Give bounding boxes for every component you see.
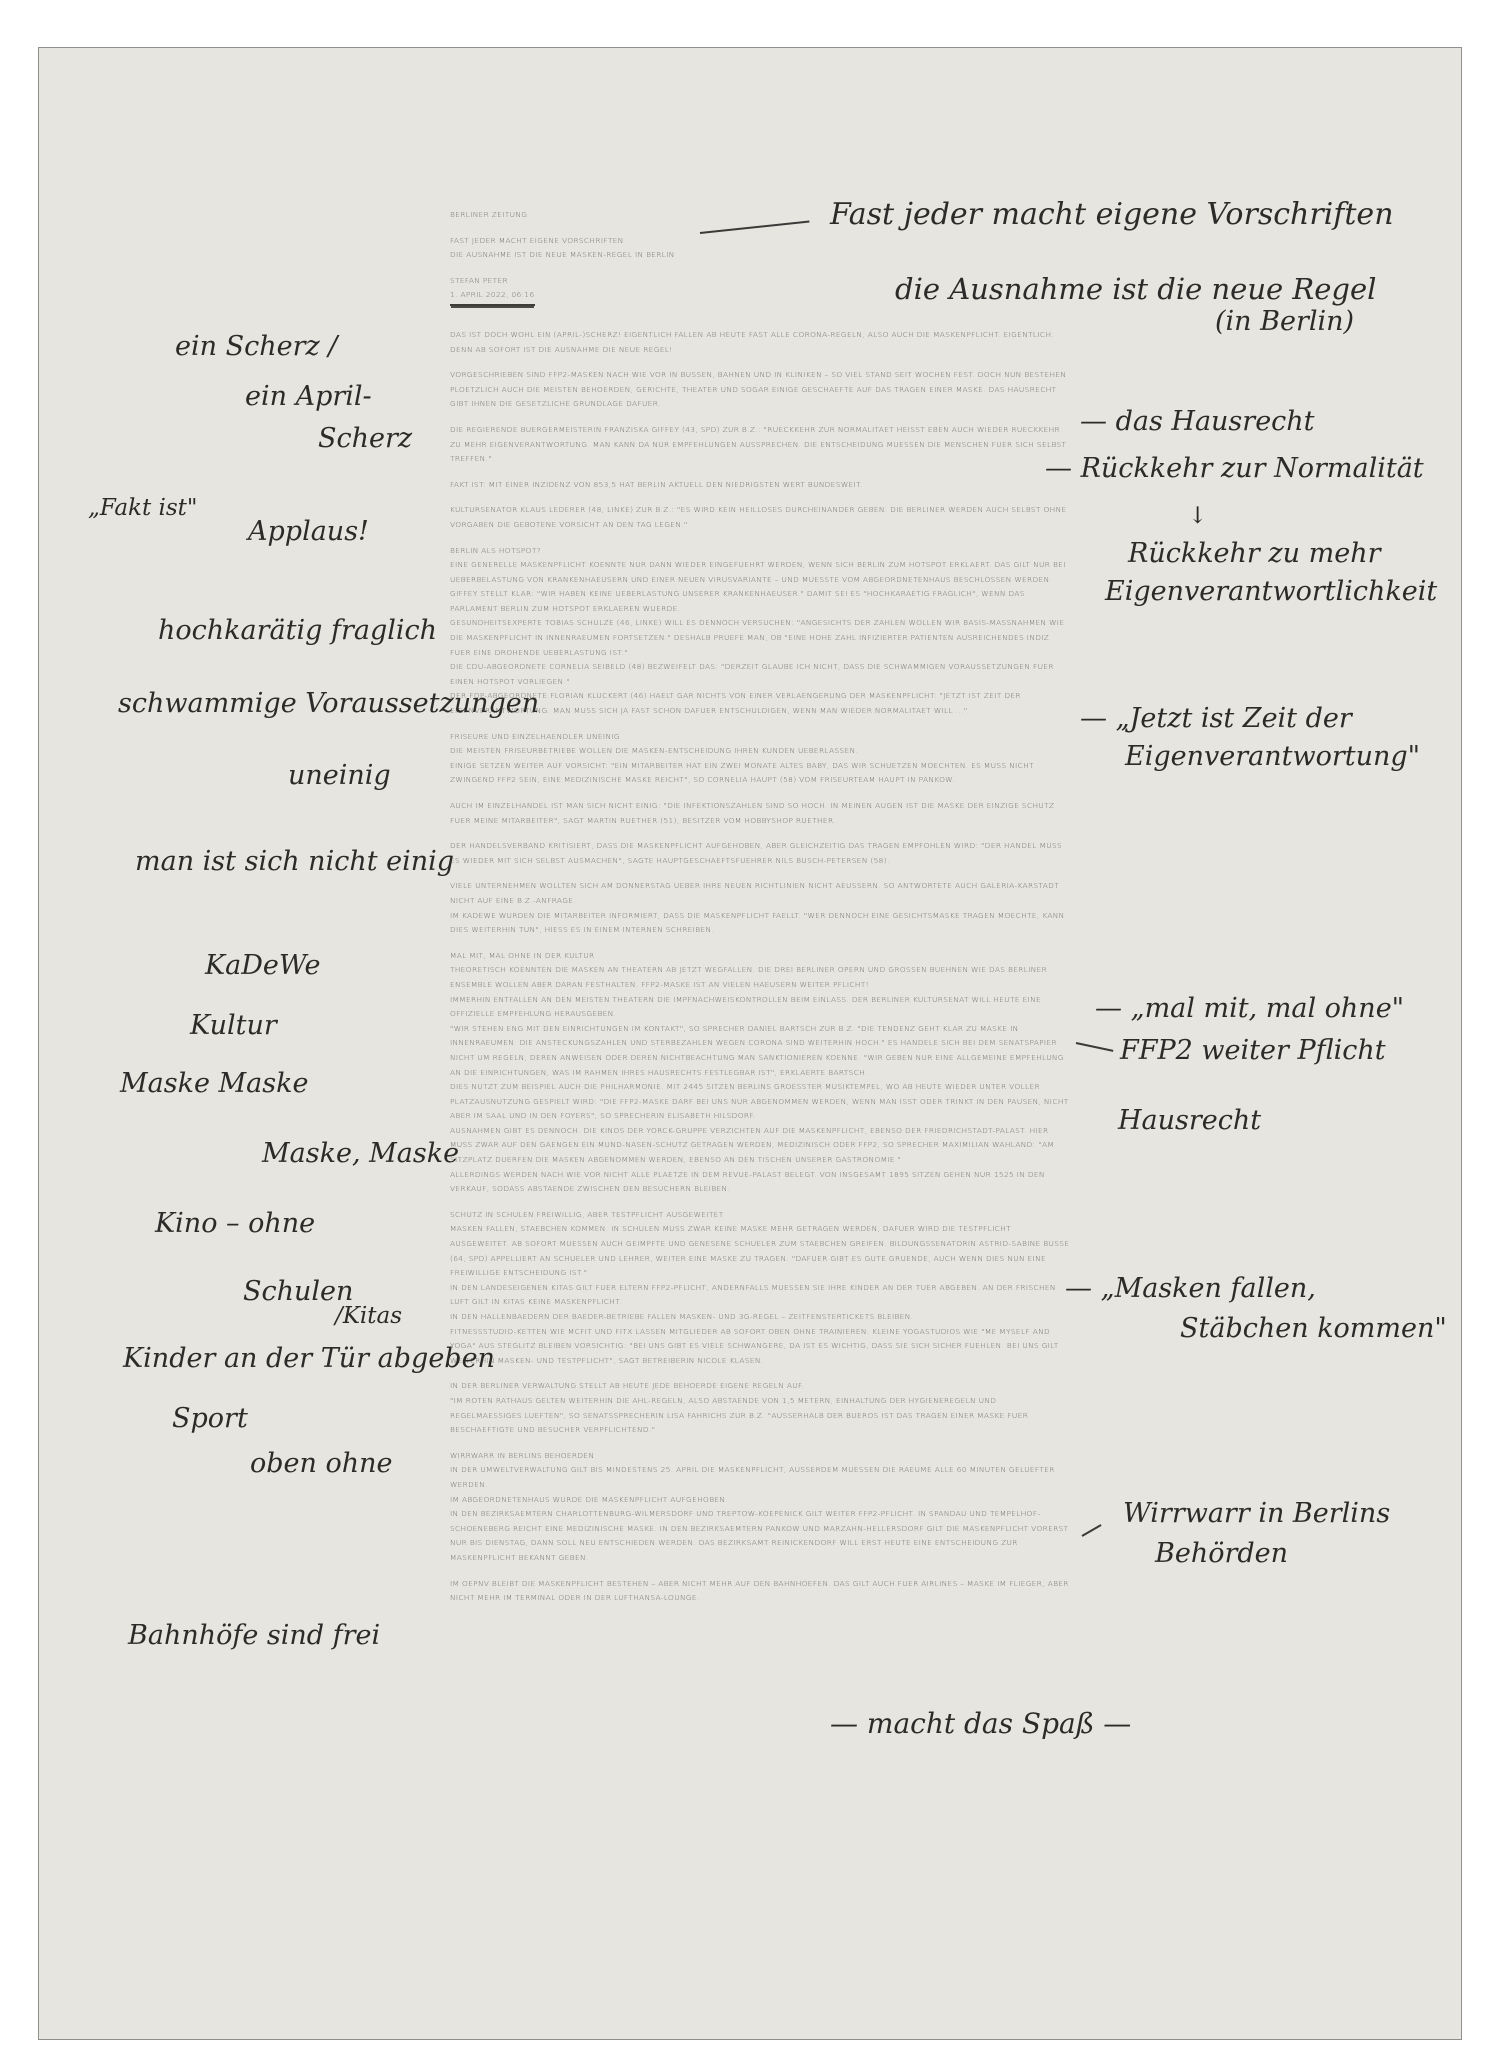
article-paragraph: Masken fallen, Staebchen kommen. In Schu…	[450, 1222, 1070, 1280]
article-paragraph: Im KaDeWe wurden die Mitarbeiter informi…	[450, 909, 1070, 938]
article-paragraph: Schutz in Schulen freiwillig, aber Testp…	[450, 1208, 1070, 1223]
article-paragraph: Die CDU-Abgeordnete Cornelia Seibeld (48…	[450, 660, 1070, 689]
article-paragraph: Giffey stellt klar: "Wir haben keine Ueb…	[450, 587, 1070, 616]
note-right-ffp2: FFP2 weiter Pflicht	[1120, 1037, 1386, 1064]
note-left-kultur: Kultur	[190, 1012, 277, 1039]
note-right-rueckkehr: Rückkehr zu mehr	[1128, 540, 1381, 567]
article-paragraph: Vorgeschrieben sind FFP2-Masken nach wie…	[450, 368, 1070, 412]
note-left-maske2: Maske, Maske	[262, 1140, 459, 1167]
note-right-mal-mit: — „mal mit, mal ohne"	[1095, 995, 1404, 1022]
article-paragraph: Theoretisch koennten die Masken an Theat…	[450, 963, 1070, 992]
note-right-headline: Fast jeder macht eigene Vorschriften	[830, 200, 1394, 230]
article-paragraph: Fitnessstudio-Ketten wie McFit und Fitx …	[450, 1325, 1070, 1369]
note-right-hausrecht: — das Hausrecht	[1080, 408, 1315, 435]
note-left-april: ein April-	[245, 383, 372, 410]
note-right-eigenverantwortung: Eigenverantwortung"	[1125, 743, 1420, 770]
article-paragraph: In der Umweltverwaltung gilt bis mindest…	[450, 1463, 1070, 1492]
article-paragraph: Auch im Einzelhandel ist man sich nicht …	[450, 799, 1070, 828]
note-left-kino: Kino – ohne	[155, 1210, 315, 1237]
article-paragraph: Der FDP-Abgeordnete Florian Kluckert (46…	[450, 689, 1070, 718]
note-left-bahnhoefe: Bahnhöfe sind frei	[128, 1622, 380, 1649]
article-column: Berliner Zeitung Fast jeder macht eigene…	[450, 208, 1070, 1617]
article-paragraph: Einige setzen weiter auf Vorsicht: "Ein …	[450, 759, 1070, 788]
article-paragraph: Wirrwarr in Berlins Behoerden	[450, 1449, 1070, 1464]
headline: Fast jeder macht eigene Vorschriften	[450, 234, 1070, 249]
article-paragraph: "Im Roten Rathaus gelten weiterhin die A…	[450, 1394, 1070, 1438]
note-left-schulen: Schulen	[243, 1278, 353, 1305]
note-right-staebchen: Stäbchen kommen"	[1180, 1315, 1447, 1342]
article-paragraph: Im OePNV bleibt die Maskenpflicht besteh…	[450, 1577, 1070, 1606]
article-paragraph: Der Handelsverband kritisiert, dass die …	[450, 839, 1070, 868]
article-paragraph: Dies nutzt zum Beispiel auch die Philhar…	[450, 1080, 1070, 1124]
note-left-kadewe: KaDeWe	[205, 952, 320, 979]
note-right-normalitaet: — Rückkehr zur Normalität	[1045, 455, 1424, 482]
article-paragraph: Friseure und Einzelhaendler uneinig	[450, 730, 1070, 745]
article-paragraph: Die meisten Friseurbetriebe wollen die M…	[450, 744, 1070, 759]
note-right-hausrecht2: Hausrecht	[1118, 1107, 1261, 1134]
article-paragraph: Im Abgeordnetenhaus wurde die Maskenpfli…	[450, 1493, 1070, 1508]
article-paragraph: Immerhin entfallen an den meisten Theate…	[450, 993, 1070, 1022]
note-left-oben-ohne: oben ohne	[250, 1450, 393, 1477]
article-paragraph: In den landeseigenen Kitas gilt fuer Elt…	[450, 1281, 1070, 1310]
date: 1. April 2022, 06:16	[450, 288, 535, 306]
article-paragraph: Das ist doch wohl ein (April-)Scherz! Ei…	[450, 328, 1070, 357]
article-paragraph: Viele Unternehmen wollten sich am Donner…	[450, 879, 1070, 908]
down-arrow-icon: ↓	[1188, 505, 1207, 528]
note-left-uneinig: uneinig	[288, 762, 391, 789]
article-paragraph: Allerdings werden nach wie vor nicht all…	[450, 1168, 1070, 1197]
article-paragraph: In der Berliner Verwaltung stellt ab heu…	[450, 1379, 1070, 1394]
article-paragraph: In den Hallenbaedern der Baeder-Betriebe…	[450, 1310, 1070, 1325]
note-spass: — macht das Spaß —	[830, 1710, 1131, 1738]
article-paragraph: Fakt ist: Mit einer Inzidenz von 853,5 h…	[450, 478, 1070, 493]
article-paragraph: Eine generelle Maskenpflicht koennte nur…	[450, 558, 1070, 587]
note-left-applaus: Applaus!	[248, 518, 369, 545]
note-left-scherz: ein Scherz /	[175, 333, 337, 360]
article-paragraph: Gesundheitsexperte Tobias Schulze (46, L…	[450, 616, 1070, 660]
article-paragraph: In den Bezirksaemtern Charlottenburg-Wil…	[450, 1507, 1070, 1565]
note-left-hochkaraetig: hochkarätig fraglich	[158, 617, 437, 644]
article-paragraph: "Wir stehen eng mit den Einrichtungen im…	[450, 1022, 1070, 1080]
note-left-sport: Sport	[172, 1405, 248, 1432]
article-body: Das ist doch wohl ein (April-)Scherz! Ei…	[450, 328, 1070, 1617]
note-left-kinder: Kinder an der Tür abgeben	[123, 1345, 495, 1372]
note-right-jetzt: — „Jetzt ist Zeit der	[1080, 705, 1352, 732]
article-paragraph: Die regierende Buergermeisterin Franzisk…	[450, 423, 1070, 467]
note-left-fakt: „Fakt ist"	[88, 497, 198, 520]
note-right-masken-fallen: — „Masken fallen,	[1065, 1275, 1316, 1302]
article-paragraph: Berlin als Hotspot?	[450, 544, 1070, 559]
article-paragraph: Kultursenator Klaus Lederer (48, Linke) …	[450, 503, 1070, 532]
note-right-wirrwarr: Wirrwarr in Berlins	[1123, 1500, 1390, 1527]
note-right-ausnahme: die Ausnahme ist die neue Regel	[895, 275, 1376, 304]
note-right-in-berlin: (in Berlin)	[1215, 308, 1354, 335]
note-left-nicht-einig: man ist sich nicht einig	[135, 848, 454, 875]
note-right-behoerden: Behörden	[1155, 1540, 1288, 1567]
note-left-scherz2: Scherz	[318, 425, 412, 452]
note-right-eigenverantwortlichkeit: Eigenverantwortlichkeit	[1105, 578, 1437, 605]
article-paragraph: Mal mit, mal ohne in der Kultur	[450, 949, 1070, 964]
subheadline: Die Ausnahme ist die neue Masken-Regel i…	[450, 248, 1070, 263]
note-left-schwammig: schwammige Voraussetzungen	[118, 690, 539, 717]
article-paragraph: Ausnahmen gibt es dennoch. Die Kinos der…	[450, 1124, 1070, 1168]
note-left-kitas: /Kitas	[335, 1305, 402, 1328]
note-left-maske: Maske Maske	[120, 1070, 308, 1097]
